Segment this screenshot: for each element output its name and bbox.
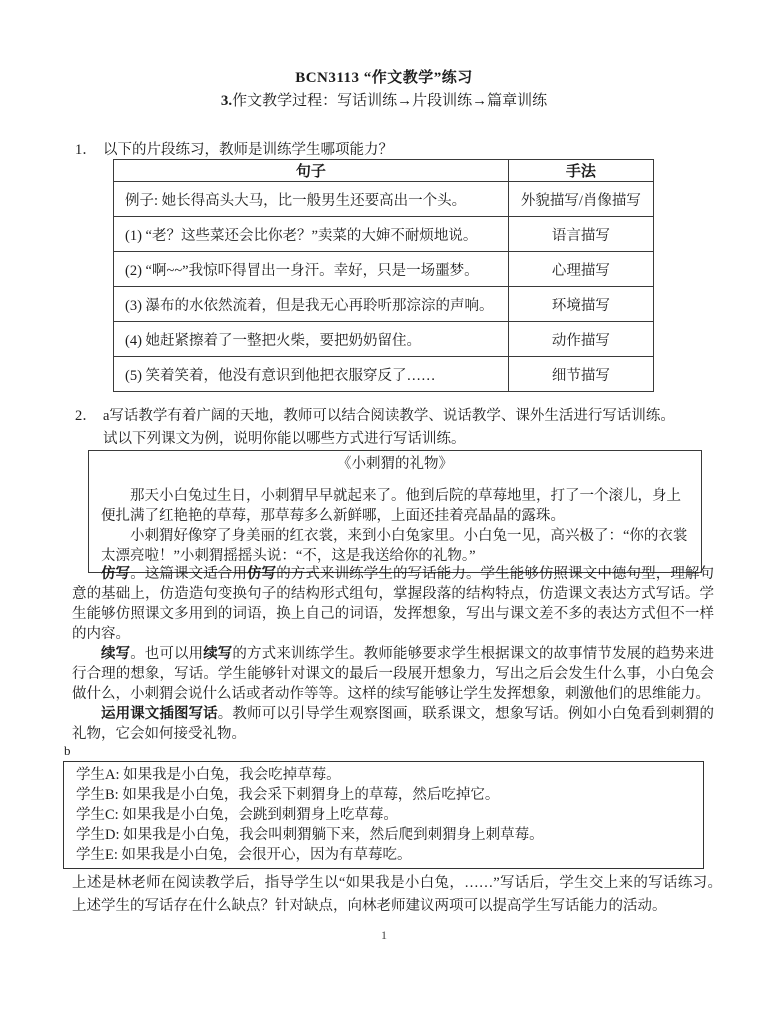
table-header-row: 句子 手法 [114,160,654,182]
subtitle-text: 作文教学过程：写话训练→片段训练→篇章训练 [232,93,547,109]
student-answer-line: 学生B: 如果我是小白兔，我会采下刺猬身上的草莓，然后吃掉它。 [76,785,691,805]
table-row: (5) 笑着笑着，他没有意识到他把衣服穿反了…… 细节描写 [114,357,654,392]
story-title: 《小刺猬的礼物》 [101,454,689,474]
sentence-cell: (3) 瀑布的水依然流着，但是我无心再聆听那淙淙的声响。 [114,287,509,322]
method-cell: 动作描写 [508,322,653,357]
student-answer-line: 学生D: 如果我是小白兔，我会叫刺猬躺下来，然后爬到刺猬身上刺草莓。 [76,825,691,845]
story-paragraph: 小刺猬好像穿了身美丽的红衣裳，来到小白兔家里。小白兔一见，高兴极了：“你的衣裳太… [101,526,689,566]
method-cell: 环境描写 [508,287,653,322]
method-paragraph-illustration: 运用课文插图写话。教师可以引导学生观察图画，联系课文，想象写话。例如小白兔看到刺… [72,704,714,744]
page-number: 1 [0,928,768,943]
document-header: BCN3113 “作文教学”练习 3.作文教学过程：写话训练→片段训练→篇章训练 [0,67,768,113]
question-2: 2． a写话教学有着广阔的天地，教师可以结合阅读教学、说话教学、课外生活进行写话… [75,405,723,451]
method-cell: 外貌描写/肖像描写 [508,182,653,217]
sentence-cell: (1) “老？这些菜还会比你老？”卖菜的大婶不耐烦地说。 [114,217,509,252]
question-2-line1: a写话教学有着广阔的天地，教师可以结合阅读教学、说话教学、课外生活进行写话训练。 [103,405,723,428]
method-cell: 细节描写 [508,357,653,392]
document-page: BCN3113 “作文教学”练习 3.作文教学过程：写话训练→片段训练→篇章训练… [0,0,768,1024]
sentence-cell: (5) 笑着笑着，他没有意识到他把衣服穿反了…… [114,357,509,392]
story-box: 《小刺猬的礼物》 那天小白兔过生日，小刺猬早早就起来了。他到后院的草莓地里，打了… [88,450,702,573]
sentence-cell: (4) 她赶紧擦着了一整把火柴，要把奶奶留住。 [114,322,509,357]
table-row: (1) “老？这些菜还会比你老？”卖菜的大婶不耐烦地说。 语言描写 [114,217,654,252]
sentence-cell: (2) “啊~~”我惊吓得冒出一身汗。幸好，只是一场噩梦。 [114,252,509,287]
sentence-method-table: 句子 手法 例子: 她长得高头大马，比一般男生还要高出一个头。 外貌描写/肖像描… [113,159,654,392]
method-paragraph-imitation: 仿写。这篇课文适合用仿写的方式来训练学生的写话能力。学生能够仿照课文中德句型，理… [72,564,714,644]
story-paragraph: 那天小白兔过生日，小刺猬早早就起来了。他到后院的草莓地里，打了一个滚儿，身上便扎… [101,486,689,526]
sentence-cell: 例子: 她长得高头大马，比一般男生还要高出一个头。 [114,182,509,217]
question-1-number: 1． [75,139,103,162]
method-paragraph-continuation: 续写。也可以用续写的方式来训练学生。教师能够要求学生根据课文的故事情节发展的趋势… [72,644,714,704]
table-header-method: 手法 [508,160,653,182]
method-cell: 语言描写 [508,217,653,252]
table-row: 例子: 她长得高头大马，比一般男生还要高出一个头。 外貌描写/肖像描写 [114,182,654,217]
table-header-sentence: 句子 [114,160,509,182]
closing-text: 上述是林老师在阅读教学后，指导学生以“如果我是小白兔，……”写话后，学生交上来的… [72,872,722,918]
table-row: (2) “啊~~”我惊吓得冒出一身汗。幸好，只是一场噩梦。 心理描写 [114,252,654,287]
question-2-line2: 试以下列课文为例，说明你能以哪些方式进行写话训练。 [103,428,723,451]
student-answer-line: 学生E: 如果我是小白兔，会很开心，因为有草莓吃。 [76,845,691,865]
student-answer-line: 学生C: 如果我是小白兔，会跳到刺猬身上吃草莓。 [76,805,691,825]
question-2-text: a写话教学有着广阔的天地，教师可以结合阅读教学、说话教学、课外生活进行写话训练。… [103,405,723,451]
table-row: (3) 瀑布的水依然流着，但是我无心再聆听那淙淙的声响。 环境描写 [114,287,654,322]
document-title: BCN3113 “作文教学”练习 [0,67,768,90]
subtitle-number: 3. [221,93,232,109]
note-label-b: b [64,743,71,759]
writing-methods: 仿写。这篇课文适合用仿写的方式来训练学生的写话能力。学生能够仿照课文中德句型，理… [72,564,714,744]
question-2-number: 2． [75,405,103,428]
method-cell: 心理描写 [508,252,653,287]
table-row: (4) 她赶紧擦着了一整把火柴，要把奶奶留住。 动作描写 [114,322,654,357]
student-answer-line: 学生A: 如果我是小白兔，我会吃掉草莓。 [76,765,691,785]
closing-paragraph: 上述是林老师在阅读教学后，指导学生以“如果我是小白兔，……”写话后，学生交上来的… [72,872,722,918]
document-subtitle: 3.作文教学过程：写话训练→片段训练→篇章训练 [0,90,768,113]
student-answers-box: 学生A: 如果我是小白兔，我会吃掉草莓。 学生B: 如果我是小白兔，我会采下刺猬… [63,761,704,869]
